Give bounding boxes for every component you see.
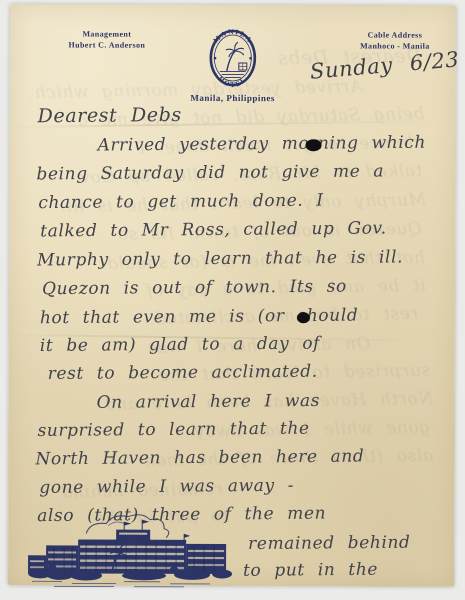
letter-line: remained behind xyxy=(248,533,411,554)
letter-line: to put in the xyxy=(243,560,378,581)
letter-line: chance to get much done. I xyxy=(38,191,324,213)
cable-address-label: Cable Address xyxy=(340,29,450,40)
letter-line: hot that even me is (or should xyxy=(40,305,359,328)
svg-text:HOTEL: HOTEL xyxy=(217,75,249,90)
ink-blot xyxy=(306,139,322,151)
ink-blot xyxy=(297,312,310,323)
letterhead-management: Management Hubert C. Anderson xyxy=(52,28,162,50)
letter-line: rest to become acclimated. xyxy=(48,362,318,384)
management-name: Hubert C. Anderson xyxy=(52,39,162,50)
letter-salutation: Dearest Debs xyxy=(38,104,182,127)
letter-line: gone while I was away - xyxy=(39,476,294,498)
letter-line: Quezon is out of town. Its so xyxy=(42,277,347,300)
letterhead-place: Manila, Philippines xyxy=(170,93,296,103)
svg-text:MANILA: MANILA xyxy=(212,28,254,45)
letter-lines: Dearest Debs Arrived yesterday morning w… xyxy=(10,4,456,6)
letter-line: surprised to learn that the xyxy=(37,419,309,441)
letter-line: North Haven has been here and xyxy=(35,446,364,469)
manila-hotel-crest-icon: MANILA HOTEL xyxy=(202,25,264,91)
letter-line: it be am) glad to a day of xyxy=(40,334,320,356)
letter-line: Arrived yesterday morning which xyxy=(97,133,426,156)
letter-line: talked to Mr Ross, called up Gov. xyxy=(40,218,387,241)
management-label: Management xyxy=(52,28,162,39)
letter-line: On arrival here I was xyxy=(97,391,321,413)
letter-date: Sunday 6/23 xyxy=(309,47,460,83)
letter-line: Murphy only to learn that he is ill. xyxy=(37,247,403,270)
manila-hotel-building-illustration xyxy=(24,509,236,594)
letter-line: being Saturday did not give me a xyxy=(36,161,384,184)
letter-sheet: Dearest Debs Arrived yesterday morning w… xyxy=(8,4,456,587)
